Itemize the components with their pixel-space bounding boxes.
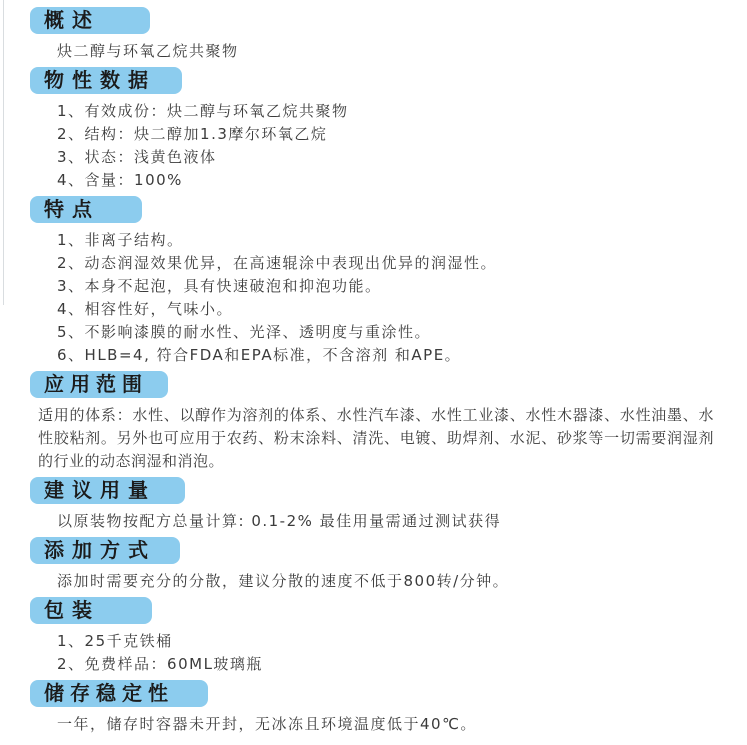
storage-body: 一年，储存时容器未开封，无冰冻且环境温度低于40℃。 (57, 713, 747, 736)
section-header-applications: 应用范围 (30, 371, 168, 398)
list-item: 1、有效成份：炔二醇与环氧乙烷共聚物 (57, 100, 747, 123)
list-item: 1、25千克铁桶 (57, 630, 747, 653)
features-list: 1、非离子结构。 2、动态润湿效果优异，在高速辊涂中表现出优异的润湿性。 3、本… (57, 229, 747, 367)
section-header-addition: 添加方式 (30, 537, 180, 564)
product-datasheet: 概述 炔二醇与环氧乙烷共聚物 物性数据 1、有效成份：炔二醇与环氧乙烷共聚物 2… (0, 0, 747, 745)
list-item: 3、本身不起泡，具有快速破泡和抑泡功能。 (57, 275, 747, 298)
list-item: 6、HLB=4, 符合FDA和EPA标准，不含溶剂 和APE。 (57, 344, 747, 367)
section-header-dosage: 建议用量 (30, 477, 185, 504)
list-item: 5、不影响漆膜的耐水性、光泽、透明度与重涂性。 (57, 321, 747, 344)
section-header-packaging: 包装 (30, 597, 152, 624)
section-header-overview: 概述 (30, 7, 150, 34)
list-item: 2、动态润湿效果优异，在高速辊涂中表现出优异的润湿性。 (57, 252, 747, 275)
packaging-list: 1、25千克铁桶 2、免费样品：60ML玻璃瓶 (57, 630, 747, 676)
dosage-body: 以原装物按配方总量计算: 0.1-2% 最佳用量需通过测试获得 (57, 510, 747, 533)
section-header-features: 特点 (30, 196, 142, 223)
applications-body: 适用的体系：水性、以醇作为溶剂的体系、水性汽车漆、水性工业漆、水性木器漆、水性油… (38, 404, 714, 473)
overview-body: 炔二醇与环氧乙烷共聚物 (57, 40, 747, 63)
section-header-properties: 物性数据 (30, 67, 182, 94)
list-item: 2、免费样品：60ML玻璃瓶 (57, 653, 747, 676)
list-item: 4、相容性好，气味小。 (57, 298, 747, 321)
list-item: 1、非离子结构。 (57, 229, 747, 252)
addition-body: 添加时需要充分的分散，建议分散的速度不低于800转/分钟。 (57, 570, 747, 593)
properties-list: 1、有效成份：炔二醇与环氧乙烷共聚物 2、结构：炔二醇加1.3摩尔环氧乙烷 3、… (57, 100, 747, 192)
section-header-storage: 储存稳定性 (30, 680, 208, 707)
left-edge-line (3, 0, 4, 305)
list-item: 2、结构：炔二醇加1.3摩尔环氧乙烷 (57, 123, 747, 146)
list-item: 4、含量：100% (57, 169, 747, 192)
list-item: 3、状态：浅黄色液体 (57, 146, 747, 169)
